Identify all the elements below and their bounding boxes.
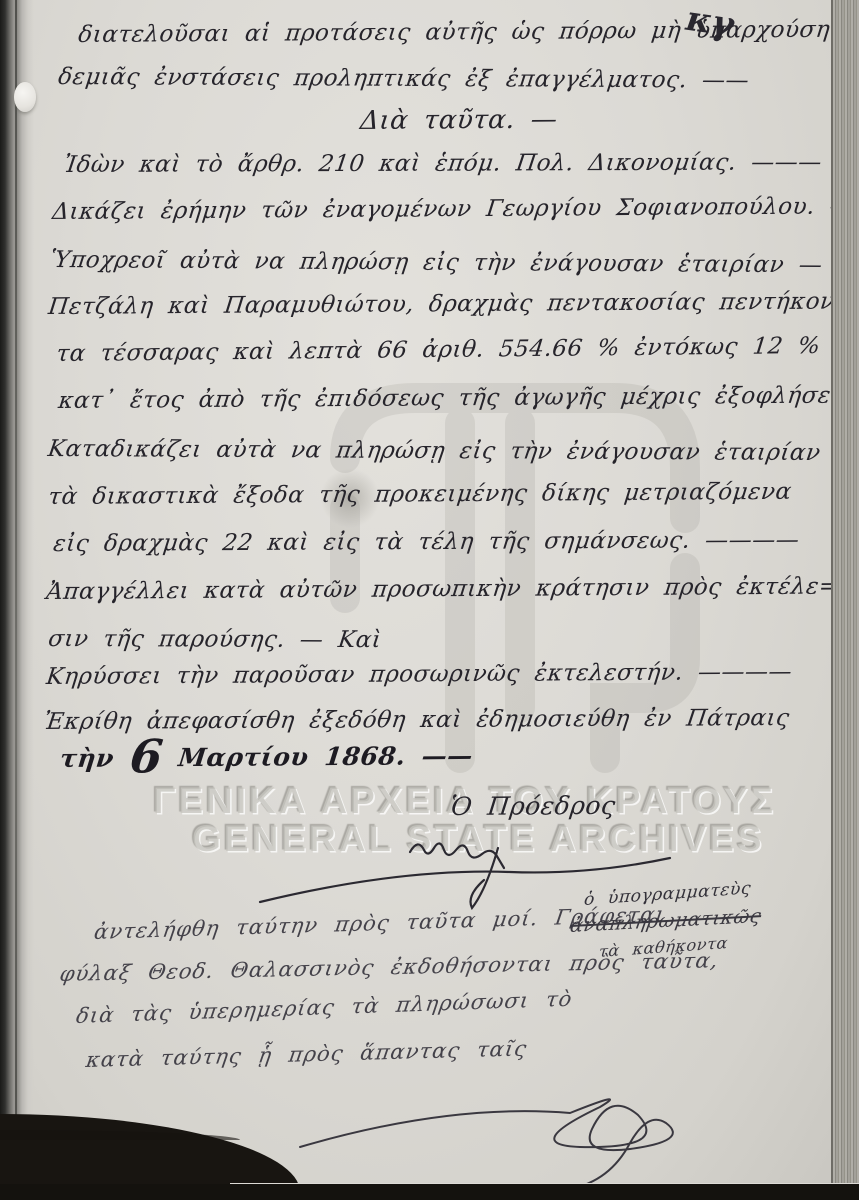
manuscript-line: δεμιᾶς ἐνστάσεις προληπτικάς ἐξ ἐπαγγέλμ… xyxy=(57,64,751,94)
paper-defect-spot xyxy=(14,82,36,112)
manuscript-line: τὰ δικαστικὰ ἔξοδα τῆς προκειμένης δίκης… xyxy=(47,479,793,510)
manuscript-line: Ὑποχρεοῖ αὐτὰ να πληρώσῃ εἰς τὴν ἐνάγουσ… xyxy=(49,247,824,278)
manuscript-line: κατ᾽ ἔτος ἀπὸ τῆς ἐπιδόσεως τῆς ἀγωγῆς μ… xyxy=(57,382,859,414)
manuscript-line: Καταδικάζει αὐτὰ να πληρώσῃ εἰς τὴν ἐνάγ… xyxy=(46,436,822,466)
manuscript-line: εἰς δραχμὰς 22 καὶ εἰς τὰ τέλη τῆς σημάν… xyxy=(52,527,801,557)
book-bottom-edge xyxy=(0,1184,859,1200)
section-heading: Διὰ ταῦτα. — xyxy=(359,105,560,136)
date-prefix: τὴν xyxy=(58,744,115,773)
page-edge-striations xyxy=(831,0,859,1200)
manuscript-line: Ἰδὼν καὶ τὸ ἄρθρ. 210 καὶ ἑπόμ. Πολ. Δικ… xyxy=(62,149,823,178)
book-gutter-shadow xyxy=(0,0,34,1200)
gutter-fold-line xyxy=(15,0,17,1200)
date-rest: Μαρτίου 1868. —— xyxy=(177,741,475,772)
manuscript-line: Κηρύσσει τὴν παροῦσαν προσωρινῶς ἐκτελεσ… xyxy=(45,659,794,690)
manuscript-line: διατελοῦσαι αἱ προτάσεις αὐτῆς ὡς πόρρω … xyxy=(77,16,859,48)
manuscript-line: Ἀπαγγέλλει κατὰ αὐτῶν προσωπικὴν κράτησι… xyxy=(45,573,840,605)
date-day-numeral: 6 xyxy=(127,729,165,783)
president-title: Ὁ Πρόεδρος xyxy=(449,791,618,821)
scanned-manuscript-page: ΓΕΝΙΚΑ ΑΡΧΕΙΑ ΤΟΥ ΚΡΑΤΟΥΣ GENERAL STATE … xyxy=(0,0,859,1200)
date-line: τὴν 6 Μαρτίου 1868. —— xyxy=(58,739,474,773)
manuscript-line: σιν τῆς παρούσης. — Καὶ xyxy=(47,626,383,653)
